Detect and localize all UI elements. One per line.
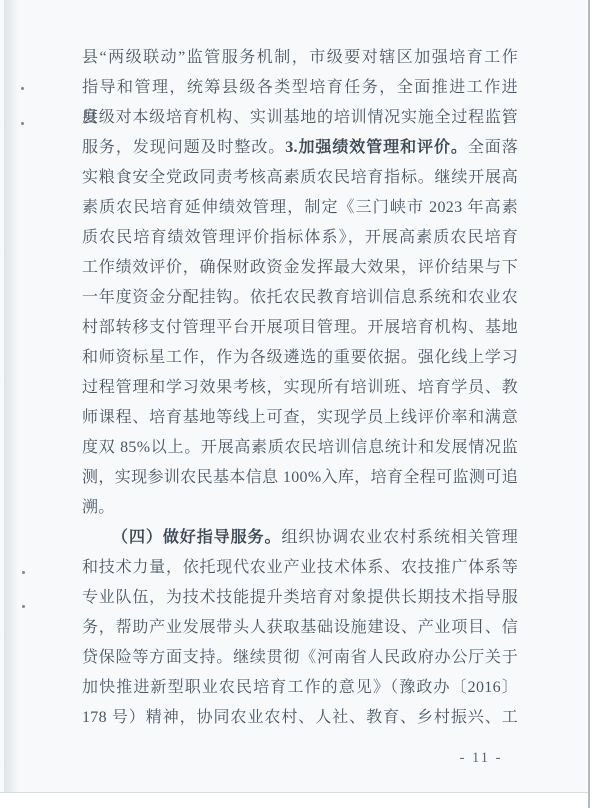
- page-number: - 11 -: [450, 750, 512, 767]
- scan-speckle: [21, 122, 24, 125]
- text-segment: 素质农民培育延伸绩效管理，制定《三门峡市 2023 年高素: [82, 199, 518, 216]
- text-segment: 和师资标星工作，作为各级遴选的重要依据。强化线上学习: [82, 349, 518, 366]
- text-segment: 县“两级联动”监管服务机制，市级要对辖区加强培育工作: [82, 49, 518, 66]
- text-segment: 度双 85%以上。开展高素质农民培训信息统计和发展情况监: [82, 439, 518, 456]
- text-line: 178 号）精神，协同农业农村、人社、教育、乡村振兴、工: [82, 703, 518, 733]
- text-line: 指导和管理，统筹县级各类型培育任务，全面推进工作进度；: [82, 73, 518, 103]
- text-segment: 质农民培育绩效管理评价指标体系》，开展高素质农民培育: [82, 229, 518, 246]
- scan-speckle: [22, 605, 25, 608]
- text-line: 专业队伍，为技术技能提升类培育对象提供长期技术指导服: [82, 583, 518, 613]
- text-segment: 贷保险等方面支持。继续贯彻《河南省人民政府办公厅关于: [82, 649, 518, 666]
- text-segment: 加快推进新型职业农民培育工作的意见》（豫政办〔2016〕: [82, 679, 518, 696]
- text-segment: 工作绩效评价，确保财政资金发挥最大效果，评价结果与下: [82, 259, 518, 276]
- text-segment: 县级对本级培育机构、实训基地的培训情况实施全过程监管: [82, 109, 518, 126]
- text-segment: 过程管理和学习效果考核，实现所有培训班、培育学员、教: [82, 379, 518, 396]
- scan-speckle: [22, 571, 25, 574]
- text-line: 素质农民培育延伸绩效管理，制定《三门峡市 2023 年高素: [82, 193, 518, 223]
- text-line: （四）做好指导服务。组织协调农业农村系统相关管理: [82, 523, 518, 553]
- text-line: 贷保险等方面支持。继续贯彻《河南省人民政府办公厅关于: [82, 643, 518, 673]
- text-line: 县“两级联动”监管服务机制，市级要对辖区加强培育工作: [82, 43, 518, 73]
- text-line: 务，帮助产业发展带头人获取基础设施建设、产业项目、信: [82, 613, 518, 643]
- text-line: 和技术力量，依托现代农业产业技术体系、农技推广体系等: [82, 553, 518, 583]
- text-line: 度双 85%以上。开展高素质农民培训信息统计和发展情况监: [82, 433, 518, 463]
- text-line: 师课程、培育基地等线上可查，实现学员上线评价率和满意: [82, 403, 518, 433]
- text-line: 过程管理和学习效果考核，实现所有培训班、培育学员、教: [82, 373, 518, 403]
- page-right-edge: [588, 0, 590, 808]
- text-segment: 服务，发现问题及时整改。: [82, 139, 285, 156]
- scanned-document: 县“两级联动”监管服务机制，市级要对辖区加强培育工作指导和管理，统筹县级各类型培…: [0, 0, 597, 808]
- text-block: 县“两级联动”监管服务机制，市级要对辖区加强培育工作指导和管理，统筹县级各类型培…: [82, 43, 518, 733]
- text-segment: 测，实现参训农民基本信息 100%入库，培育全程可监测可追: [82, 469, 518, 486]
- text-line: 和师资标星工作，作为各级遴选的重要依据。强化线上学习: [82, 343, 518, 373]
- text-segment: 178 号）精神，协同农业农村、人社、教育、乡村振兴、工: [82, 709, 518, 726]
- scan-speckle: [21, 87, 24, 90]
- text-line: 县级对本级培育机构、实训基地的培训情况实施全过程监管: [82, 103, 518, 133]
- text-segment: 师课程、培育基地等线上可查，实现学员上线评价率和满意: [82, 409, 518, 426]
- bold-text-segment: 3.加强绩效管理和评价。: [285, 139, 468, 156]
- text-line: 溯。: [82, 493, 518, 523]
- text-segment: 和技术力量，依托现代农业产业技术体系、农技推广体系等: [82, 559, 518, 576]
- text-segment: 务，帮助产业发展带头人获取基础设施建设、产业项目、信: [82, 619, 518, 636]
- text-line: 服务，发现问题及时整改。3.加强绩效管理和评价。全面落: [82, 133, 518, 163]
- text-segment: 实粮食安全党政同责考核高素质农民培育指标。继续开展高: [82, 169, 518, 186]
- text-line: 测，实现参训农民基本信息 100%入库，培育全程可监测可追: [82, 463, 518, 493]
- bold-text-segment: （四）做好指导服务。: [112, 529, 281, 546]
- text-segment: 专业队伍，为技术技能提升类培育对象提供长期技术指导服: [82, 589, 518, 606]
- text-line: 质农民培育绩效管理评价指标体系》，开展高素质农民培育: [82, 223, 518, 253]
- text-line: 工作绩效评价，确保财政资金发挥最大效果，评价结果与下: [82, 253, 518, 283]
- text-segment: 全面落: [468, 139, 518, 156]
- text-line: 实粮食安全党政同责考核高素质农民培育指标。继续开展高: [82, 163, 518, 193]
- text-line: 村部转移支付管理平台开展项目管理。开展培育机构、基地: [82, 313, 518, 343]
- text-segment: 溯。: [82, 499, 115, 516]
- text-segment: 村部转移支付管理平台开展项目管理。开展培育机构、基地: [82, 319, 518, 336]
- text-segment: 一年度资金分配挂钩。依托农民教育培训信息系统和农业农: [82, 289, 518, 306]
- text-line: 加快推进新型职业农民培育工作的意见》（豫政办〔2016〕: [82, 673, 518, 703]
- document-page: 县“两级联动”监管服务机制，市级要对辖区加强培育工作指导和管理，统筹县级各类型培…: [0, 0, 589, 793]
- text-line: 一年度资金分配挂钩。依托农民教育培训信息系统和农业农: [82, 283, 518, 313]
- text-segment: 组织协调农业农村系统相关管理: [281, 529, 518, 546]
